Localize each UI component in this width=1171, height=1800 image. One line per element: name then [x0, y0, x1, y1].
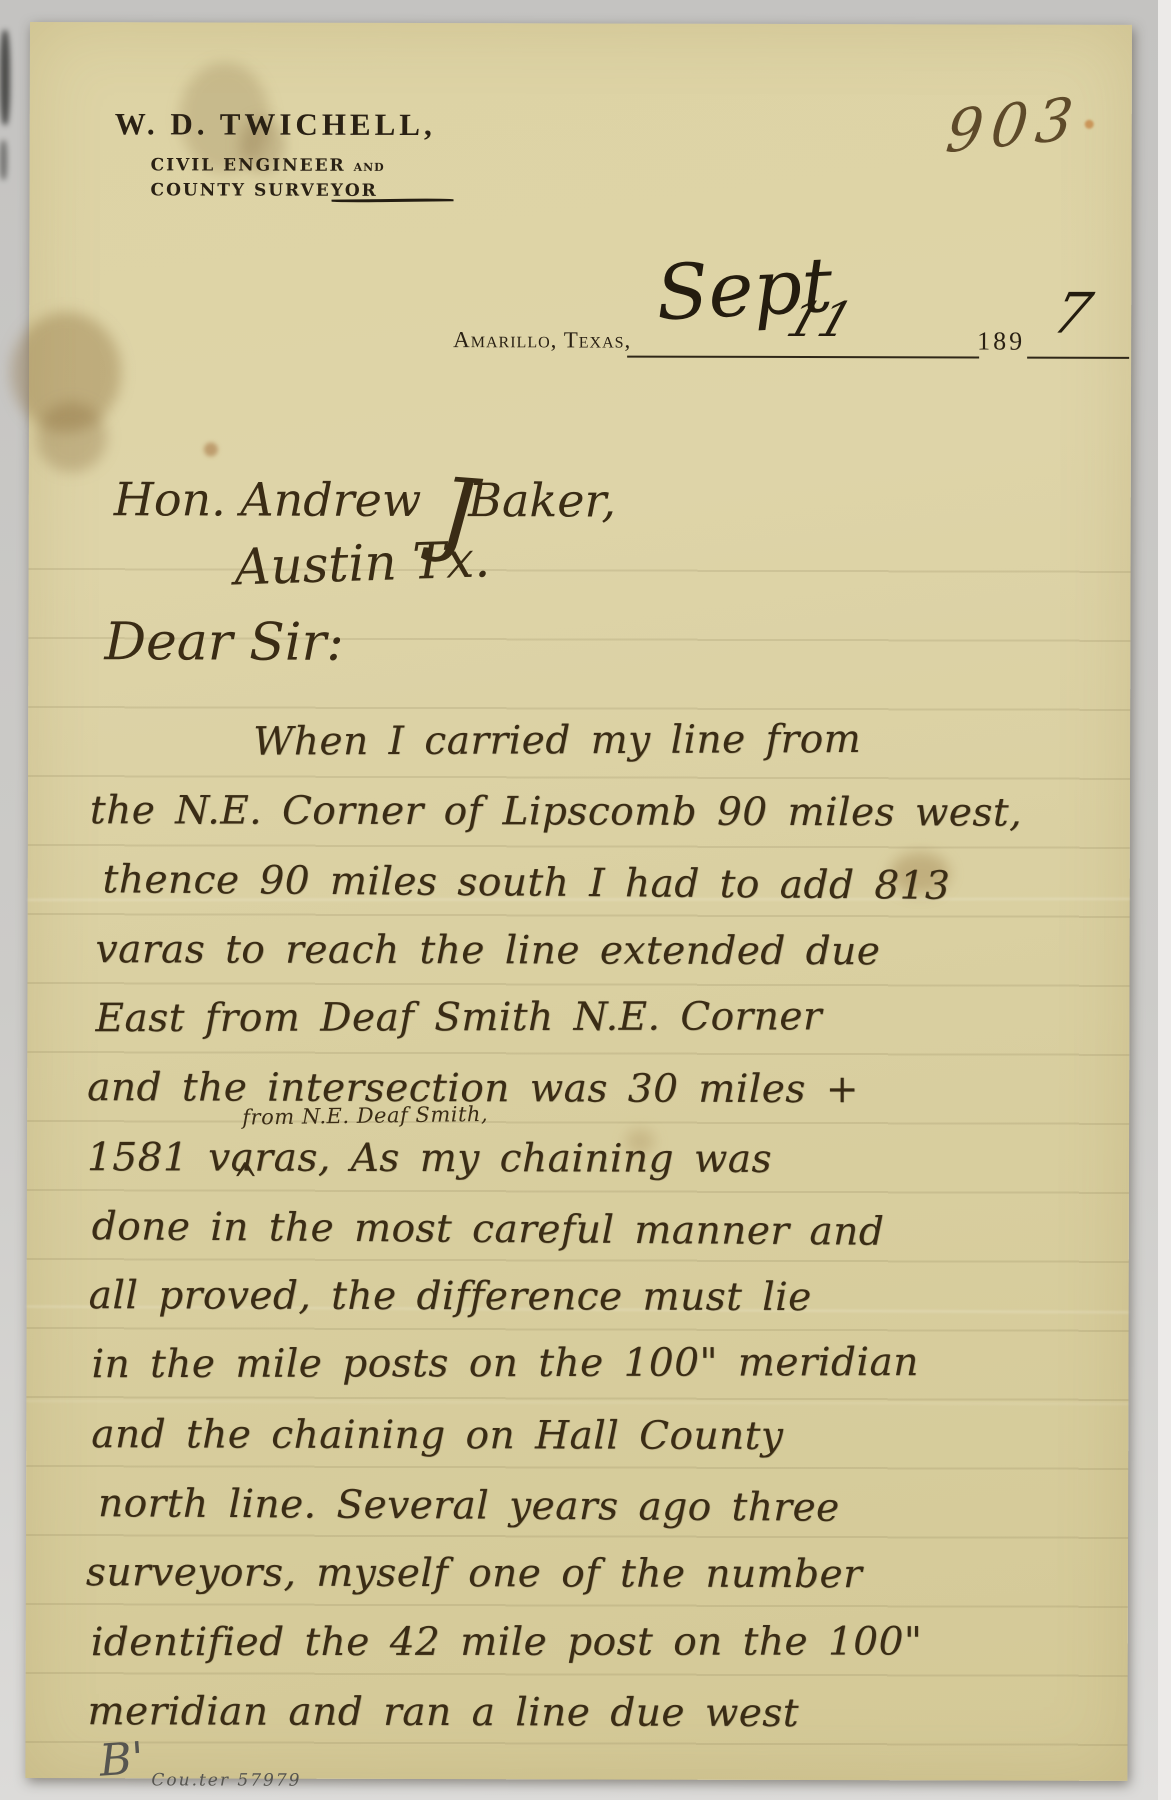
letterhead-title: Civil Engineer and	[151, 155, 385, 176]
handwritten-line: the N.E. Corner of Lipscomb 90 miles wes…	[90, 791, 1022, 832]
scan-edge-smudge	[0, 140, 7, 180]
dateline-year-printed: 189	[977, 326, 1025, 356]
pencil-mark: B'	[98, 1733, 146, 1787]
handwritten-line: done in the most careful manner and	[92, 1207, 885, 1252]
page-number-annotation: 903	[943, 89, 1083, 162]
letter-paper: W. D. TWICHELL, Civil Engineer and Count…	[25, 22, 1132, 1781]
ink-stain	[37, 402, 107, 472]
interline-insertion: from N.E. Deaf Smith,	[242, 1104, 488, 1129]
counter-number: Cou.ter 57979	[151, 1770, 301, 1790]
scan-background-strip	[1158, 0, 1171, 1800]
recipient-city: Austin Tx.	[234, 534, 491, 592]
handwritten-line: thence 90 miles south I had to add 813	[102, 860, 950, 906]
handwritten-line: East from Deaf Smith N.E. Corner	[95, 997, 822, 1038]
recipient-prefix: Hon. Andrew	[114, 472, 422, 527]
dateline-year-digit: 7	[1047, 287, 1097, 343]
ink-stain	[204, 442, 218, 456]
ink-stain	[1085, 120, 1094, 129]
handwritten-line: north line. Several years ago three	[98, 1484, 840, 1528]
scan-edge-smudge	[0, 30, 10, 125]
handwritten-line: meridian and ran a line due west	[88, 1692, 800, 1733]
handwritten-line: identified the 42 mile post on the 100"	[91, 1622, 923, 1662]
letterhead-title-and: and	[354, 161, 385, 174]
salutation: Dear Sir:	[104, 616, 344, 669]
recipient-surname: Baker,	[468, 473, 616, 527]
dateline-rule	[1027, 357, 1129, 359]
handwritten-line: 1581 varas, As my chaining was	[87, 1138, 772, 1179]
letterhead-title-main: Civil Engineer	[151, 155, 346, 176]
handwritten-line: varas to reach the line extended due	[96, 930, 881, 971]
handwritten-line: and the chaining on Hall County	[91, 1415, 783, 1456]
handwritten-line: When I carried my line from	[253, 720, 861, 762]
handwritten-line: in the mile posts on the 100" meridian	[92, 1343, 919, 1384]
insertion-caret-icon: ^	[233, 1159, 258, 1210]
dateline-rule	[627, 356, 979, 359]
dateline-place: Amarillo, Texas,	[453, 327, 631, 353]
handwritten-line: all proved, the difference must lie	[89, 1276, 812, 1317]
letterhead-flourish-line	[332, 198, 454, 202]
letterhead-subtitle: County Surveyor	[151, 180, 378, 201]
handwritten-line: surveyors, myself one of the number	[86, 1553, 862, 1594]
letterhead-name: W. D. TWICHELL,	[115, 106, 436, 143]
